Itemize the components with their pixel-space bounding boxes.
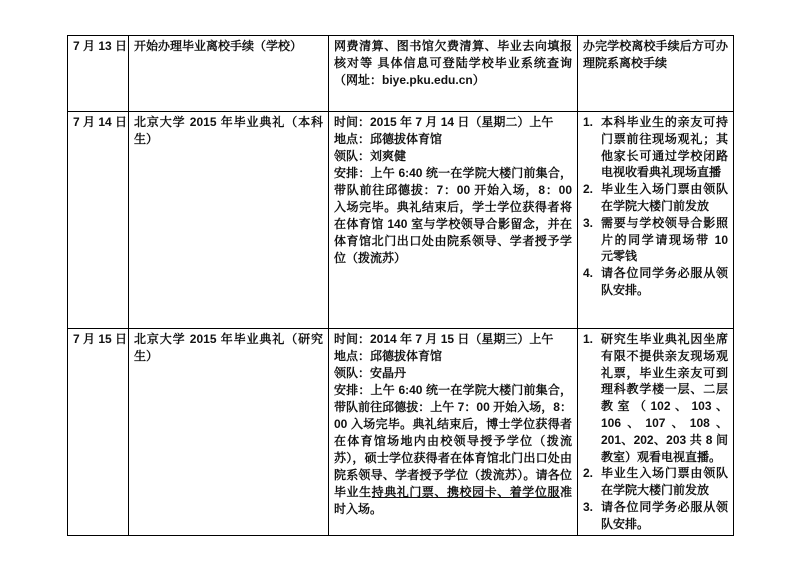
date-text: 7 月 15 日 — [73, 332, 127, 346]
note-number: 2. — [583, 465, 601, 499]
graduation-system-url: biye.pku.edu.cn — [382, 73, 473, 87]
notes-cell: 办完学校离校手续后方可办理院系离校手续 — [578, 36, 734, 112]
notes-cell: 1. 研究生毕业典礼因坐席有限不提供亲友现场观礼票，毕业生亲友可到理科教学楼一层… — [578, 329, 734, 536]
event-text: 北京大学 2015 年毕业典礼（研究生） — [134, 331, 323, 365]
detail-line-time: 时间：2015 年 7 月 14 日（星期二）上午 — [334, 114, 572, 131]
event-cell: 北京大学 2015 年毕业典礼（本科生） — [129, 112, 329, 329]
detail-line-leader: 领队：刘爽健 — [334, 148, 572, 165]
date-text: 7 月 14 日 — [73, 115, 127, 129]
note-text: 需要与学校领导合影照片的同学请现场带 10 元零钱 — [601, 215, 728, 265]
detail-line-leader: 领队：安晶丹 — [334, 365, 572, 382]
details-cell: 时间：2015 年 7 月 14 日（星期二）上午 地点：邱德拔体育馆 领队：刘… — [329, 112, 578, 329]
note-text: 本科毕业生的亲友可持门票前往现场观礼；其他家长可通过学校闭路电视收看典礼现场直播 — [601, 114, 728, 181]
note-item: 4. 请各位同学务必服从领队安排。 — [583, 265, 728, 299]
notes-cell: 1. 本科毕业生的亲友可持门票前往现场观礼；其他家长可通过学校闭路电视收看典礼现… — [578, 112, 734, 329]
note-number: 4. — [583, 265, 601, 299]
entry-requirements-emphasis: 持典礼门票、携校园卡、着学位服 — [372, 485, 560, 499]
date-cell: 7 月 13 日 — [68, 36, 129, 112]
details-paragraph: 网费清算、图书馆欠费清算、毕业去向填报核对等 具体信息可登陆学校毕业系统查询（网… — [334, 38, 572, 89]
note-text: 请各位同学务必服从领队安排。 — [601, 499, 728, 533]
note-item: 3. 请各位同学务必服从领队安排。 — [583, 499, 728, 533]
schedule-table-body: 7 月 13 日 开始办理毕业离校手续（学校） 网费清算、图书馆欠费清算、毕业去… — [68, 36, 734, 536]
note-number: 2. — [583, 181, 601, 215]
note-number: 1. — [583, 114, 601, 181]
date-cell: 7 月 15 日 — [68, 329, 129, 536]
note-item: 2. 毕业生入场门票由领队在学院大楼门前发放 — [583, 181, 728, 215]
note-item: 1. 研究生毕业典礼因坐席有限不提供亲友现场观礼票，毕业生亲友可到理科教学楼一层… — [583, 331, 728, 465]
note-text: 请各位同学务必服从领队安排。 — [601, 265, 728, 299]
details-cell: 时间：2014 年 7 月 15 日（星期三）上午 地点：邱德拔体育馆 领队：安… — [329, 329, 578, 536]
arrangement-text: 安排：上午 6:40 统一在学院大楼门前集合，带队前往邱德拔：上午 7：00 开… — [334, 383, 572, 499]
note-item: 1. 本科毕业生的亲友可持门票前往现场观礼；其他家长可通过学校闭路电视收看典礼现… — [583, 114, 728, 181]
note-text: 毕业生入场门票由领队在学院大楼门前发放 — [601, 465, 728, 499]
detail-line-place: 地点：邱德拔体育馆 — [334, 131, 572, 148]
detail-line-arrangement: 安排：上午 6:40 统一在学院大楼门前集合，带队前往邱德拔：上午 7：00 开… — [334, 382, 572, 518]
table-row-jul14: 7 月 14 日 北京大学 2015 年毕业典礼（本科生） 时间：2015 年 … — [68, 112, 734, 329]
note-text: 办完学校离校手续后方可办理院系离校手续 — [583, 38, 728, 72]
event-text: 开始办理毕业离校手续（学校） — [134, 38, 323, 55]
note-number: 3. — [583, 499, 601, 533]
note-number: 3. — [583, 215, 601, 265]
date-text: 7 月 13 日 — [73, 39, 127, 53]
note-item: 3. 需要与学校领导合影照片的同学请现场带 10 元零钱 — [583, 215, 728, 265]
note-text: 研究生毕业典礼因坐席有限不提供亲友现场观礼票，毕业生亲友可到理科教学楼一层、二层… — [601, 331, 728, 465]
date-cell: 7 月 14 日 — [68, 112, 129, 329]
graduation-schedule-table: 7 月 13 日 开始办理毕业离校手续（学校） 网费清算、图书馆欠费清算、毕业去… — [67, 35, 734, 536]
details-cell: 网费清算、图书馆欠费清算、毕业去向填报核对等 具体信息可登陆学校毕业系统查询（网… — [329, 36, 578, 112]
note-number: 1. — [583, 331, 601, 465]
event-text: 北京大学 2015 年毕业典礼（本科生） — [134, 114, 323, 148]
detail-line-place: 地点：邱德拔体育馆 — [334, 348, 572, 365]
note-item: 2. 毕业生入场门票由领队在学院大楼门前发放 — [583, 465, 728, 499]
note-text: 毕业生入场门票由领队在学院大楼门前发放 — [601, 181, 728, 215]
detail-line-arrangement: 安排：上午 6:40 统一在学院大楼门前集合，带队前往邱德拔：7：00 开始入场… — [334, 165, 572, 267]
event-cell: 开始办理毕业离校手续（学校） — [129, 36, 329, 112]
detail-line-time: 时间：2014 年 7 月 15 日（星期三）上午 — [334, 331, 572, 348]
table-row-jul15: 7 月 15 日 北京大学 2015 年毕业典礼（研究生） 时间：2014 年 … — [68, 329, 734, 536]
table-row-jul13: 7 月 13 日 开始办理毕业离校手续（学校） 网费清算、图书馆欠费清算、毕业去… — [68, 36, 734, 112]
details-text-closing: ） — [473, 73, 485, 87]
event-cell: 北京大学 2015 年毕业典礼（研究生） — [129, 329, 329, 536]
